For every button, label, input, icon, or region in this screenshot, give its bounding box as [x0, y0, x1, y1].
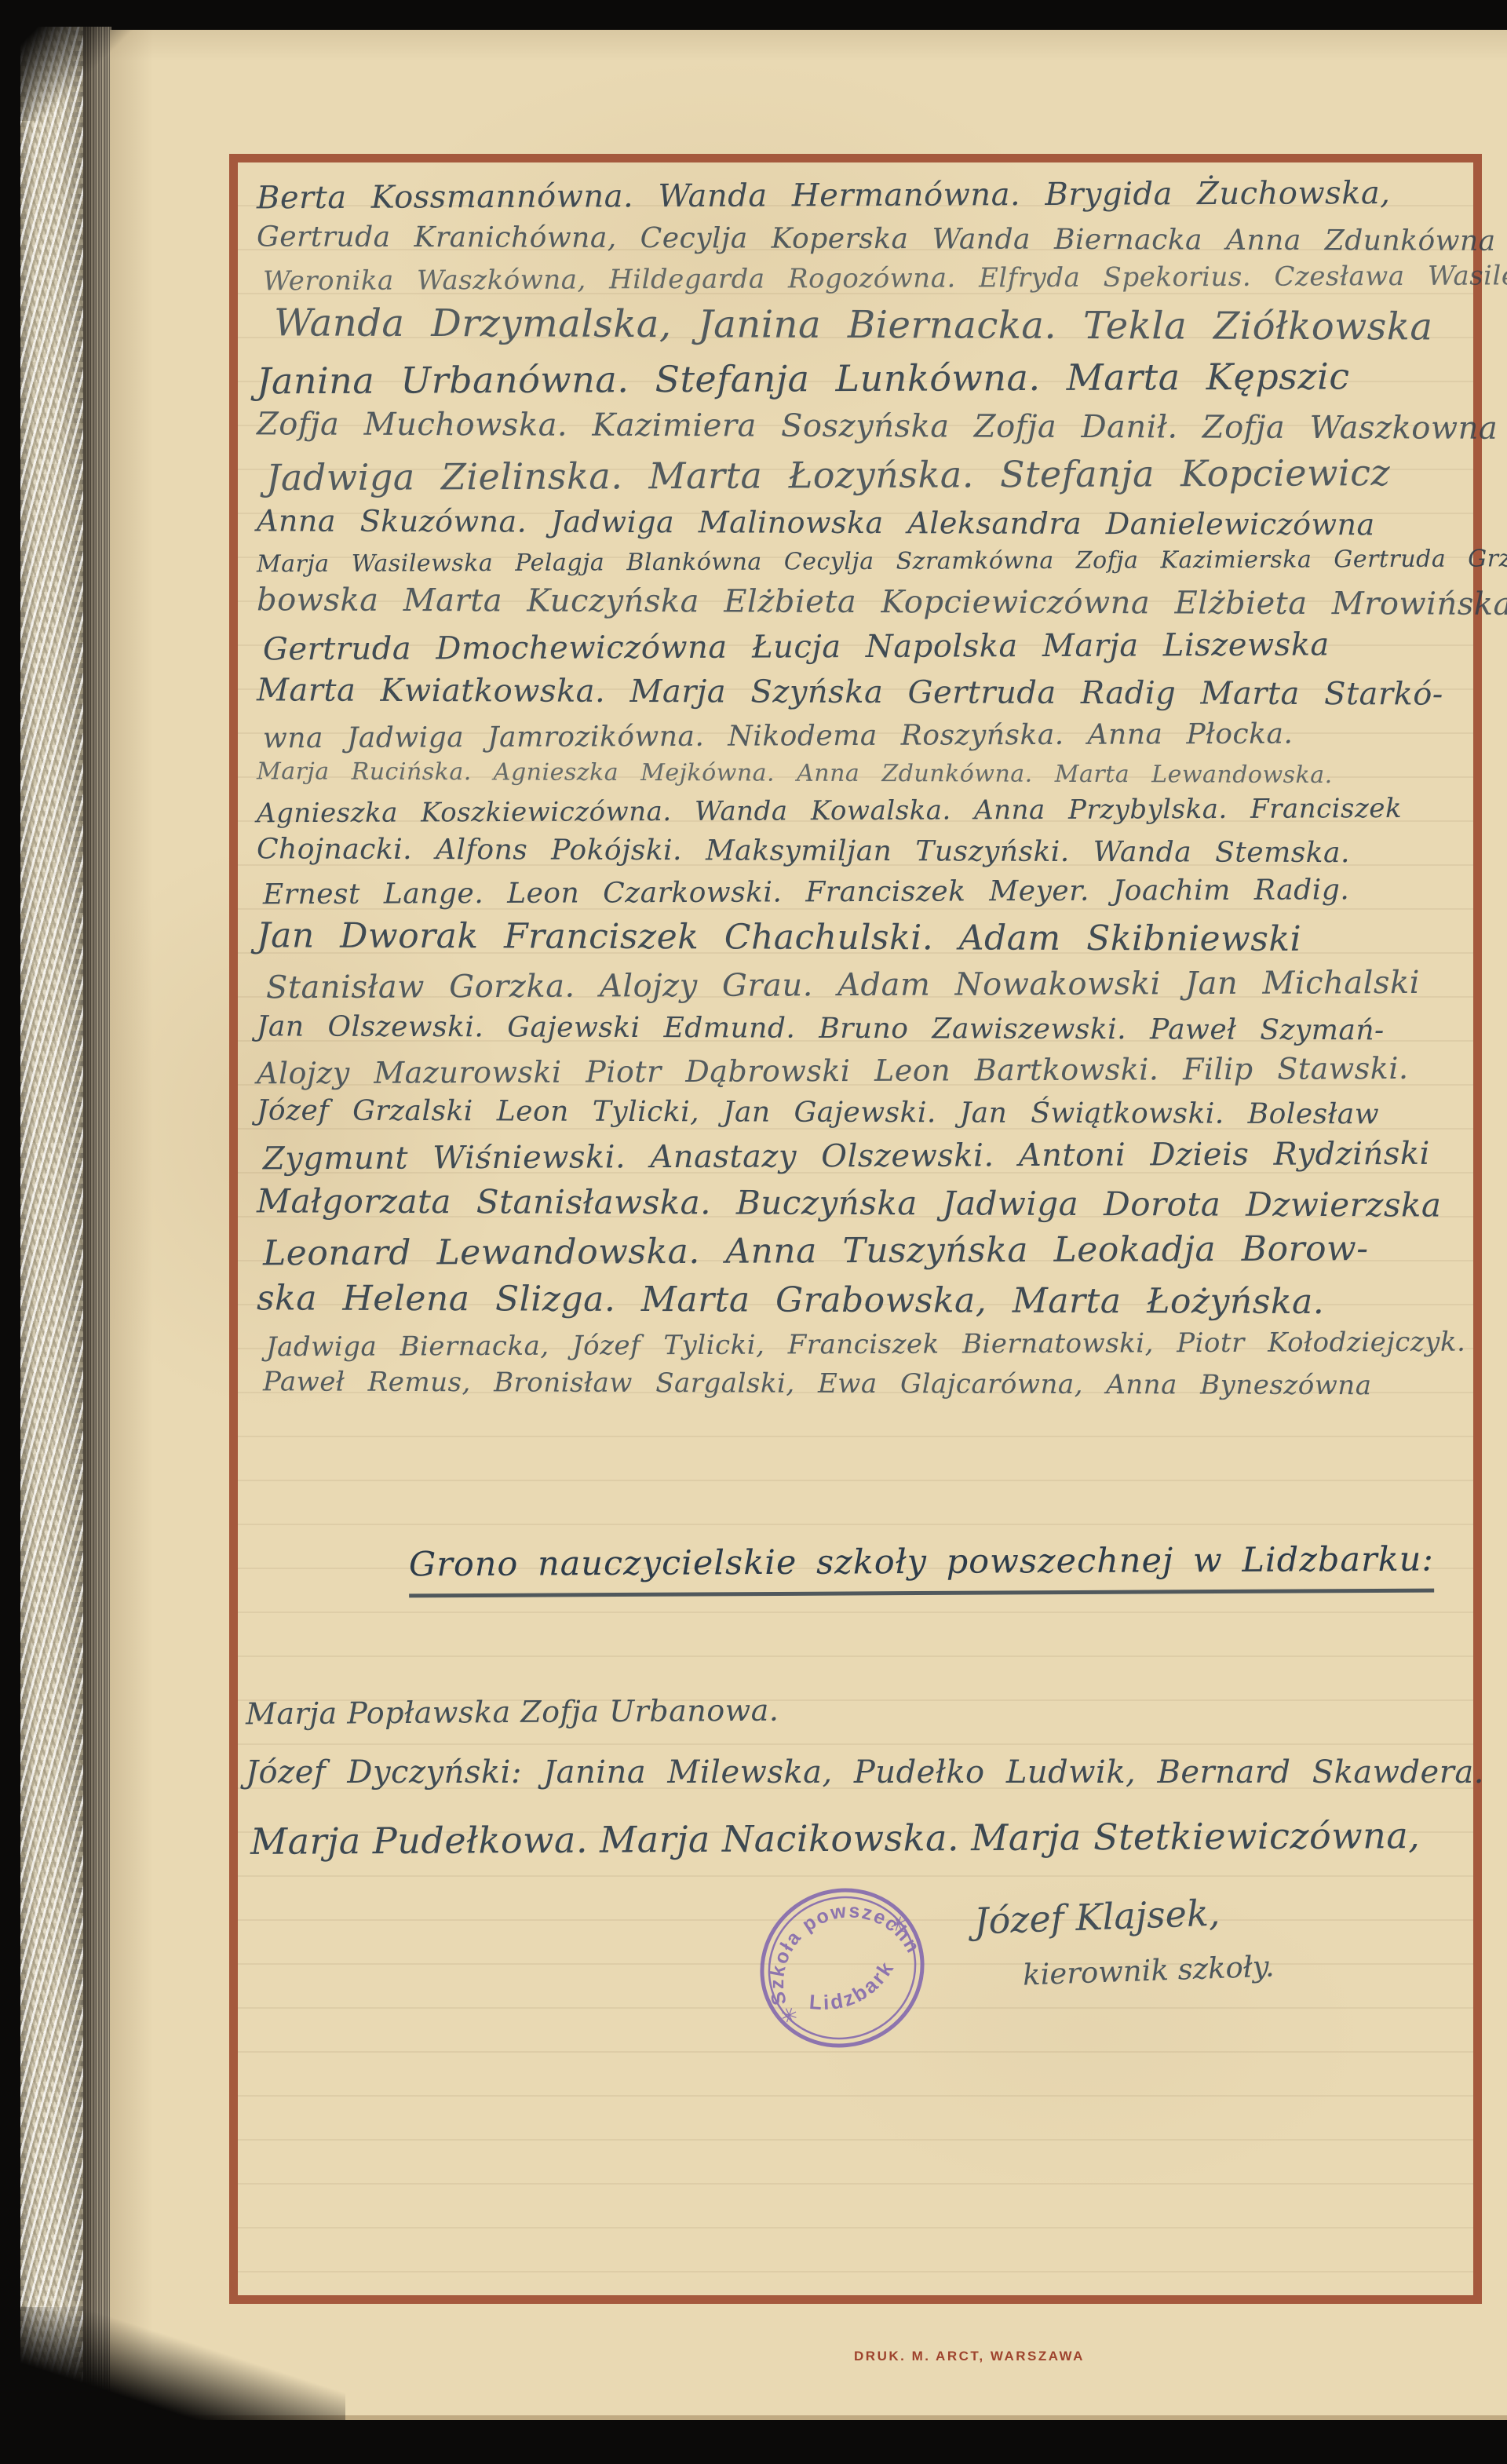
signature-line: Jan Olszewski. Gajewski Edmund. Bruno Za… — [257, 1008, 1462, 1049]
signature-line: Anna Skuzówna. Jadwiga Malinowska Aleksa… — [257, 501, 1462, 545]
signature-line: Gertruda Kranichówna, Cecylja Koperska W… — [257, 218, 1462, 260]
signature-line: Marja Wasilewska Pelagja Blankówna Cecyl… — [257, 544, 1462, 580]
signature-line: Berta Kossmannówna. Wanda Hermanówna. Br… — [257, 173, 1462, 219]
signature-line: Małgorzata Stanisławska. Buczyńska Jadwi… — [257, 1179, 1462, 1227]
signature-line: Janina Urbanówna. Stefanja Lunkówna. Mar… — [257, 352, 1462, 404]
school-rubber-stamp: Szkoła powszechna Lidzbark Pom. ✳ ✳ — [718, 1844, 966, 2092]
signature-line: Chojnacki. Alfons Pokójski. Maksymiljan … — [257, 830, 1462, 872]
printer-imprint: DRUK. M. ARCT, WARSZAWA — [812, 2349, 1126, 2364]
signature-line: Zygmunt Wiśniewski. Anastazy Olszewski. … — [263, 1133, 1462, 1180]
signature-line: Gertruda Dmochewiczówna Łucja Napolska M… — [263, 624, 1462, 670]
signature-line: Marja Rucińska. Agnieszka Mejkówna. Anna… — [257, 757, 1462, 792]
signature-line: wna Jadwiga Jamrozikówna. Nikodema Roszy… — [263, 715, 1462, 757]
signature-line: Weronika Waszkówna, Hildegarda Rogozówna… — [263, 259, 1462, 300]
signature-line: bowska Marta Kuczyńska Elżbieta Kopciewi… — [257, 579, 1462, 625]
teacher-signature-line: Marja Pudełkowa. Marja Nacikowska. Marja… — [250, 1814, 1421, 1863]
signature-line: ska Helena Slizga. Marta Grabowska, Mart… — [257, 1276, 1462, 1326]
scanned-album-photo: DRUK. M. ARCT, WARSZAWA Berta Kossmannów… — [0, 0, 1507, 2464]
signature-line: Wanda Drzymalska, Janina Biernacka. Tekl… — [274, 299, 1462, 353]
svg-text:Lidzbark Pom.: Lidzbark Pom. — [718, 1844, 912, 2051]
teacher-signature-line: Józef Dyczyński: Janina Milewska, Pudełk… — [246, 1754, 1484, 1791]
signature-line: Jan Dworak Franciszek Chachulski. Adam S… — [257, 913, 1462, 962]
page-edge-stack — [83, 27, 111, 2420]
teacher-signature-line: Marja Popławska Zofja Urbanowa. — [246, 1693, 779, 1732]
signature-line: Alojzy Mazurowski Piotr Dąbrowski Leon B… — [257, 1049, 1462, 1093]
signature-line: Józef Grzalski Leon Tylicki, Jan Gajewsk… — [257, 1093, 1462, 1134]
signature-line: Zofja Muchowska. Kazimiera Soszyńska Zof… — [257, 404, 1462, 450]
section-heading: Grono nauczycielskie szkoły powszechnej … — [409, 1540, 1434, 1598]
signature-line: Jadwiga Biernacka, Józef Tylicki, Franci… — [266, 1325, 1462, 1366]
signature-line: Leonard Lewandowska. Anna Tuszyńska Leok… — [263, 1226, 1462, 1277]
signature-line: Paweł Remus, Bronisław Sargalski, Ewa Gl… — [263, 1365, 1462, 1404]
signature-line: Marta Kwiatkowska. Marja Szyńska Gertrud… — [257, 670, 1462, 715]
signatures-block: Berta Kossmannówna. Wanda Hermanówna. Br… — [257, 175, 1462, 1406]
book-binding-cloth — [20, 27, 83, 2418]
signature-line: Jadwiga Zielinska. Marta Łozyńska. Stefa… — [266, 449, 1462, 502]
signature-line: Agnieszka Koszkiewiczówna. Wanda Kowalsk… — [257, 791, 1462, 832]
photo-corner-shadow-bottom — [0, 2307, 345, 2433]
signature-line: Ernest Lange. Leon Czarkowski. Francisze… — [263, 871, 1462, 914]
signature-line: Stanisław Gorzka. Alojzy Grau. Adam Nowa… — [266, 962, 1462, 1009]
photo-corner-shadow-top — [0, 27, 141, 121]
stamp-bottom-text: Lidzbark Pom. — [718, 1844, 912, 2051]
director-signature: Józef Klajsek, — [973, 1892, 1221, 1943]
decorative-frame: Berta Kossmannówna. Wanda Hermanówna. Br… — [229, 154, 1482, 2304]
director-title: kierownik szkoły. — [1022, 1949, 1275, 1991]
